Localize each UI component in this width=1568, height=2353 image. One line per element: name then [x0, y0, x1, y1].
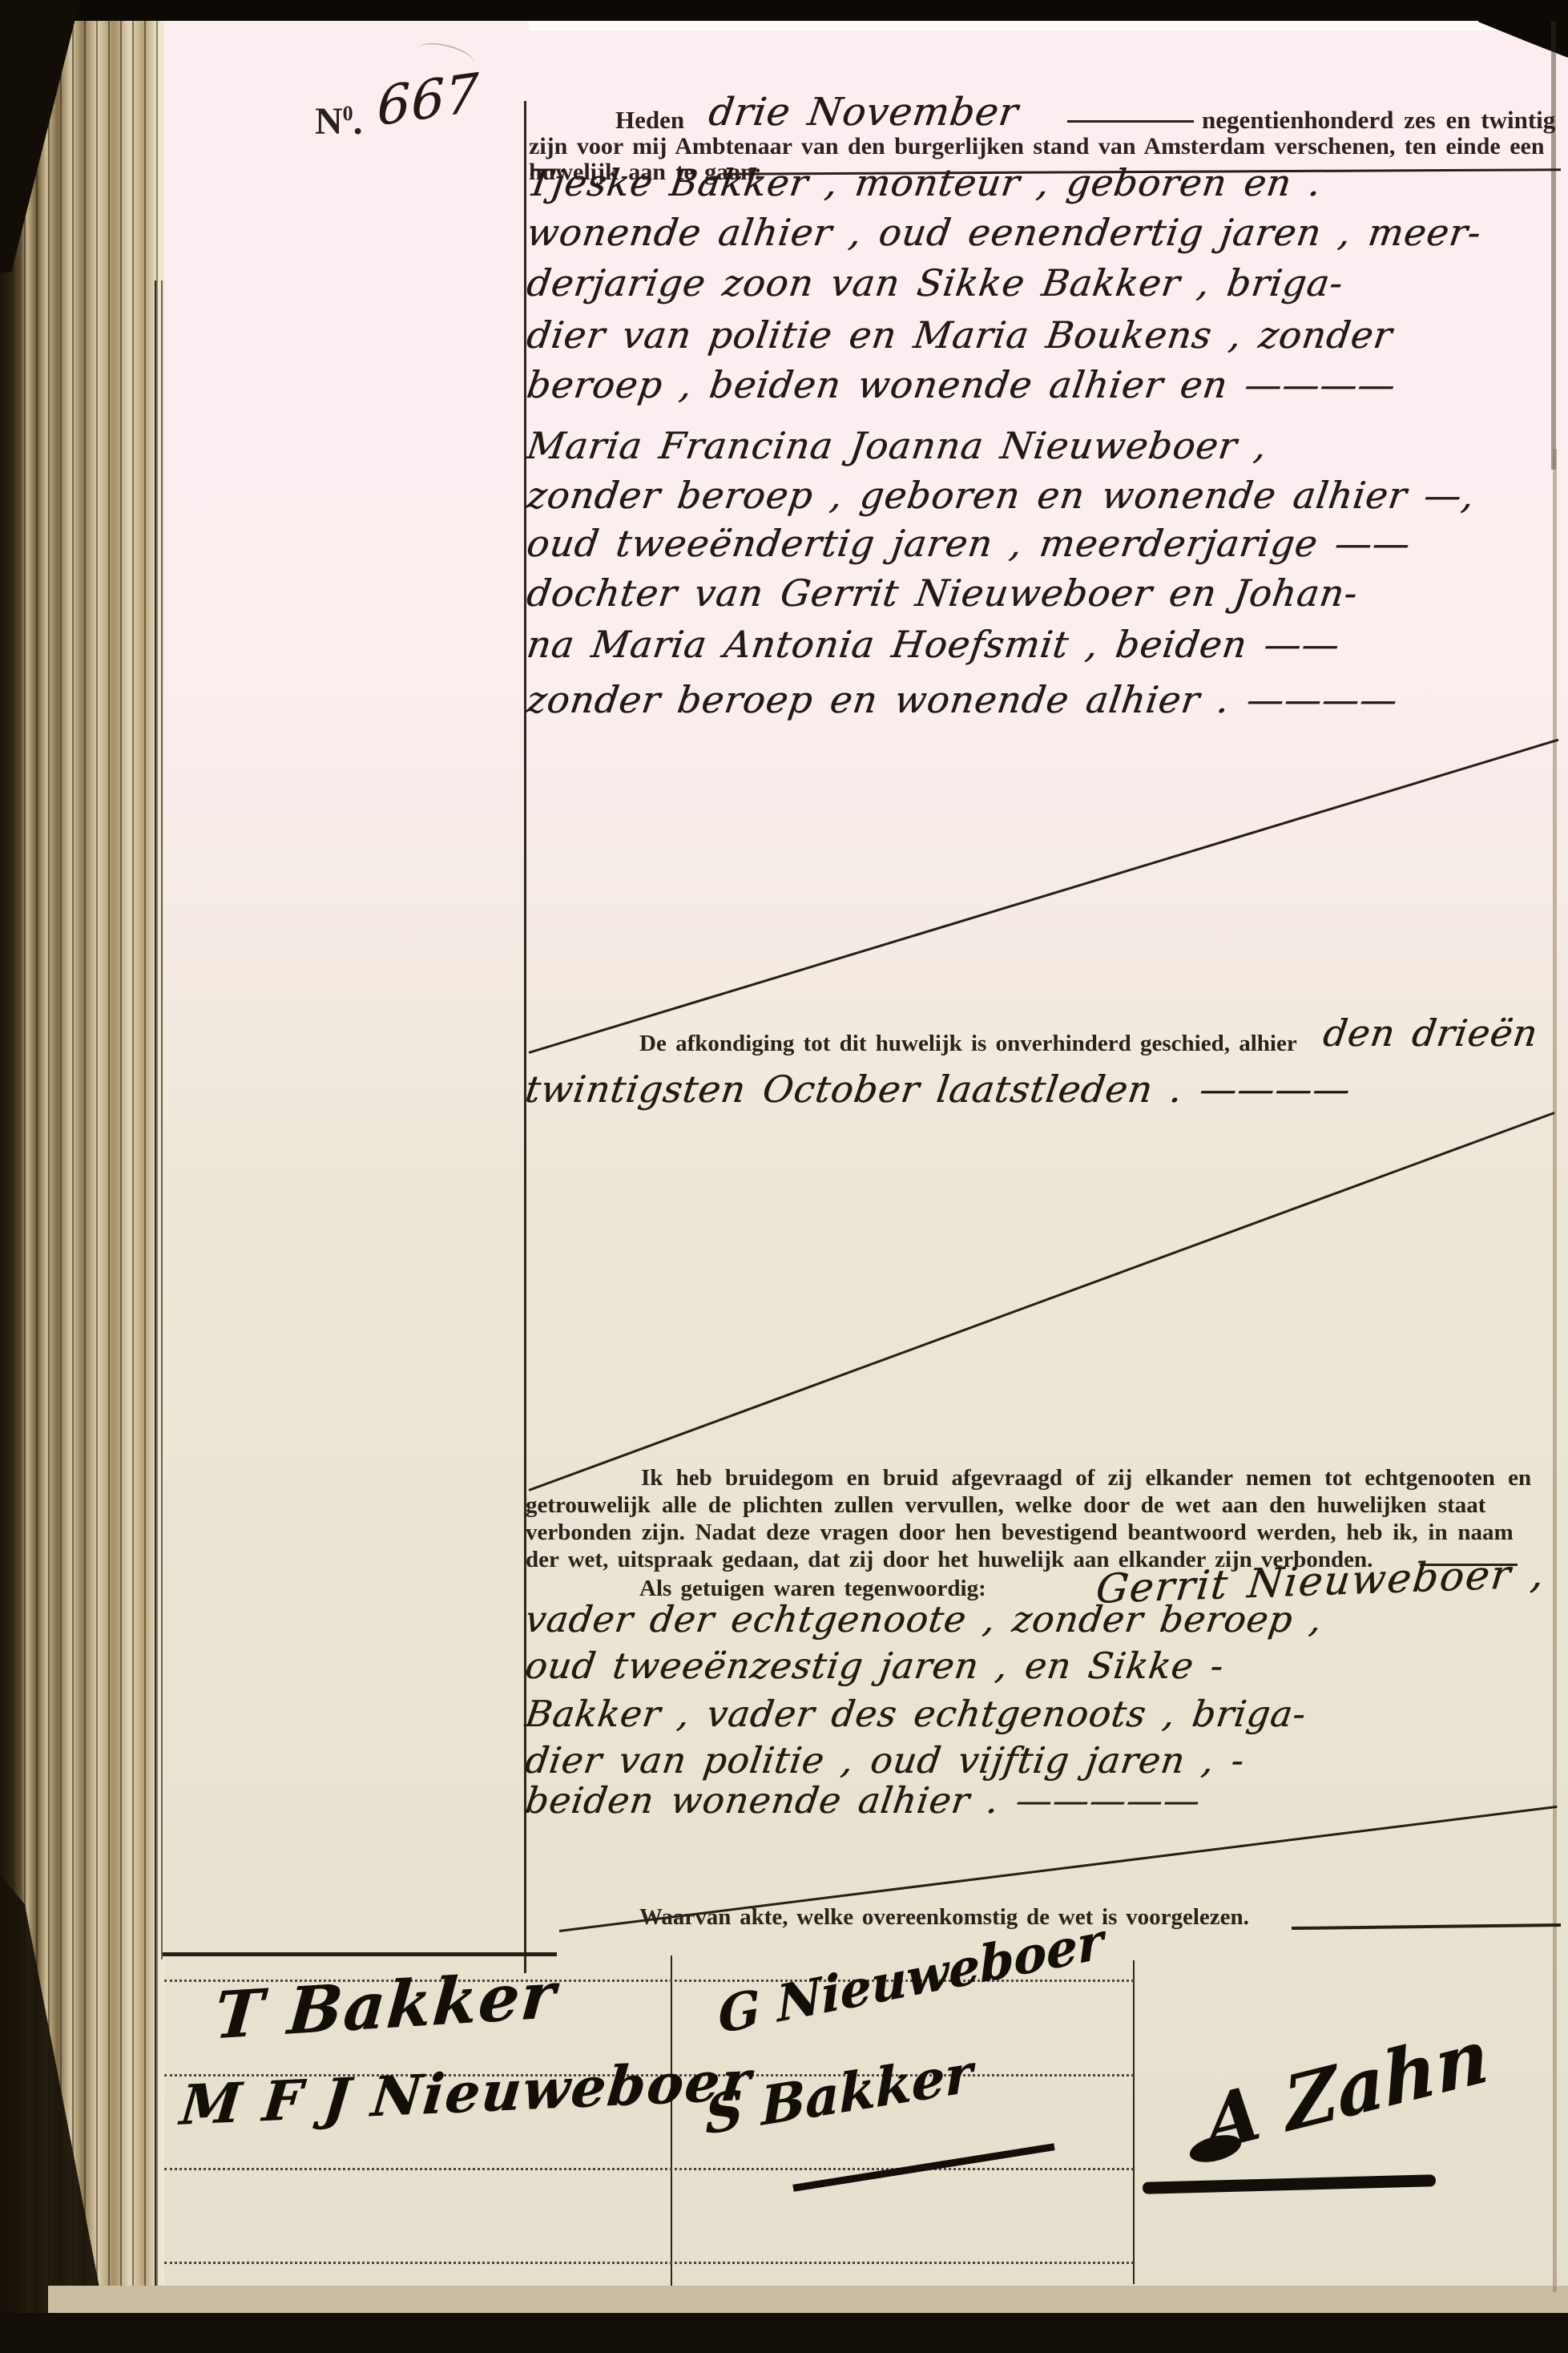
- page-top-edge: [529, 21, 1568, 30]
- act-number-value: 667: [377, 67, 480, 135]
- announcement-script-2: twintigsten October laatstleden . ————: [526, 1071, 1351, 1108]
- header-line1-end: negentienhonderd zes en twintig: [1202, 107, 1555, 132]
- vows-line-1: Ik heb bruidegom en bruid afgevraagd of …: [641, 1464, 1531, 1492]
- signature-grid-right-rule: [1133, 1960, 1135, 2284]
- entry-line-4: dier van politie en Maria Boukens , zond…: [527, 317, 1393, 353]
- signature-dotted-row-3: [164, 2165, 1134, 2170]
- entry-line-10: na Maria Antonia Hoefsmit , beiden ——: [527, 626, 1340, 663]
- entry-line-5: beroep , beiden wonende alhier en ————: [527, 366, 1396, 403]
- witnesses-line-3: Bakker , vader des echtgenoots , briga-: [526, 1696, 1306, 1732]
- witnesses-line-2: oud tweeënzestig jaren , en Sikke -: [526, 1648, 1223, 1684]
- signature-groom: T Bakker: [212, 1963, 558, 2048]
- header-date-script: drie November: [709, 93, 1018, 131]
- page-bottom-edge: [48, 2286, 1568, 2316]
- act-number-dot: .: [353, 100, 363, 143]
- scan-bottom-black-band: [0, 2313, 1568, 2353]
- page-right-edge-shadow: [1551, 21, 1556, 470]
- page-right-edge-line: [1553, 449, 1557, 2292]
- vows-line-3: verbonden zijn. Nadat deze vragen door h…: [526, 1519, 1514, 1547]
- vows-line-2: getrouwelijk alle de plichten zullen ver…: [526, 1491, 1485, 1520]
- entry-line-2: wonende alhier , oud eenendertig jaren ,…: [527, 214, 1481, 251]
- signature-dotted-row-4: [164, 2259, 1134, 2264]
- entry-line-6: Maria Francina Joanna Nieuweboer ,: [527, 427, 1267, 464]
- act-number-label: N: [315, 100, 343, 143]
- margin-left-rule-inner: [161, 281, 163, 1959]
- header-line2: zijn voor mij Ambtenaar van den burgerli…: [529, 135, 1545, 159]
- witnesses-printed: Als getuigen waren tegenwoordig:: [639, 1577, 986, 1600]
- scan-top-black-band: [0, 0, 1568, 21]
- entry-line-8: oud tweeëndertig jaren , meerderjarige —…: [527, 525, 1410, 562]
- act-number-sup: 0: [343, 102, 353, 125]
- act-number: N0.: [315, 103, 363, 141]
- date-dash-rule: [1067, 120, 1194, 123]
- signature-grid-top-rule: [163, 1952, 557, 1956]
- text-block-left-rule: [524, 101, 526, 1973]
- closing-printed: Waarvan akte, welke overeenkomstig de we…: [639, 1906, 1249, 1929]
- entry-line-3: derjarige zoon van Sikke Bakker , briga-: [527, 264, 1343, 301]
- announcement-script-1: den drieën: [1324, 1015, 1538, 1051]
- entry-line-1: Tjeske Bakker , monteur , geboren en .: [527, 164, 1321, 201]
- scanned-marriage-certificate: N0. 667 Heden drie November negentienhon…: [0, 0, 1568, 2353]
- entry-line-9: dochter van Gerrit Nieuweboer en Johan-: [527, 575, 1357, 611]
- witnesses-line-4: dier van politie , oud vijftig jaren , -: [526, 1742, 1244, 1778]
- announcement-printed: De afkondiging tot dit huwelijk is onver…: [639, 1032, 1297, 1055]
- margin-left-rule: [155, 281, 156, 2286]
- entry-line-7: zonder beroep , geboren en wonende alhie…: [527, 477, 1474, 514]
- entry-line-11: zonder beroep en wonende alhier . ————: [527, 681, 1397, 718]
- witnesses-line-5: beiden wonende alhier . —————: [526, 1782, 1200, 1818]
- witnesses-line-1: vader der echtgenoote , zonder beroep ,: [526, 1601, 1322, 1637]
- signature-grid-mid-rule: [671, 1955, 672, 2286]
- header-line1-start: Heden: [615, 107, 684, 132]
